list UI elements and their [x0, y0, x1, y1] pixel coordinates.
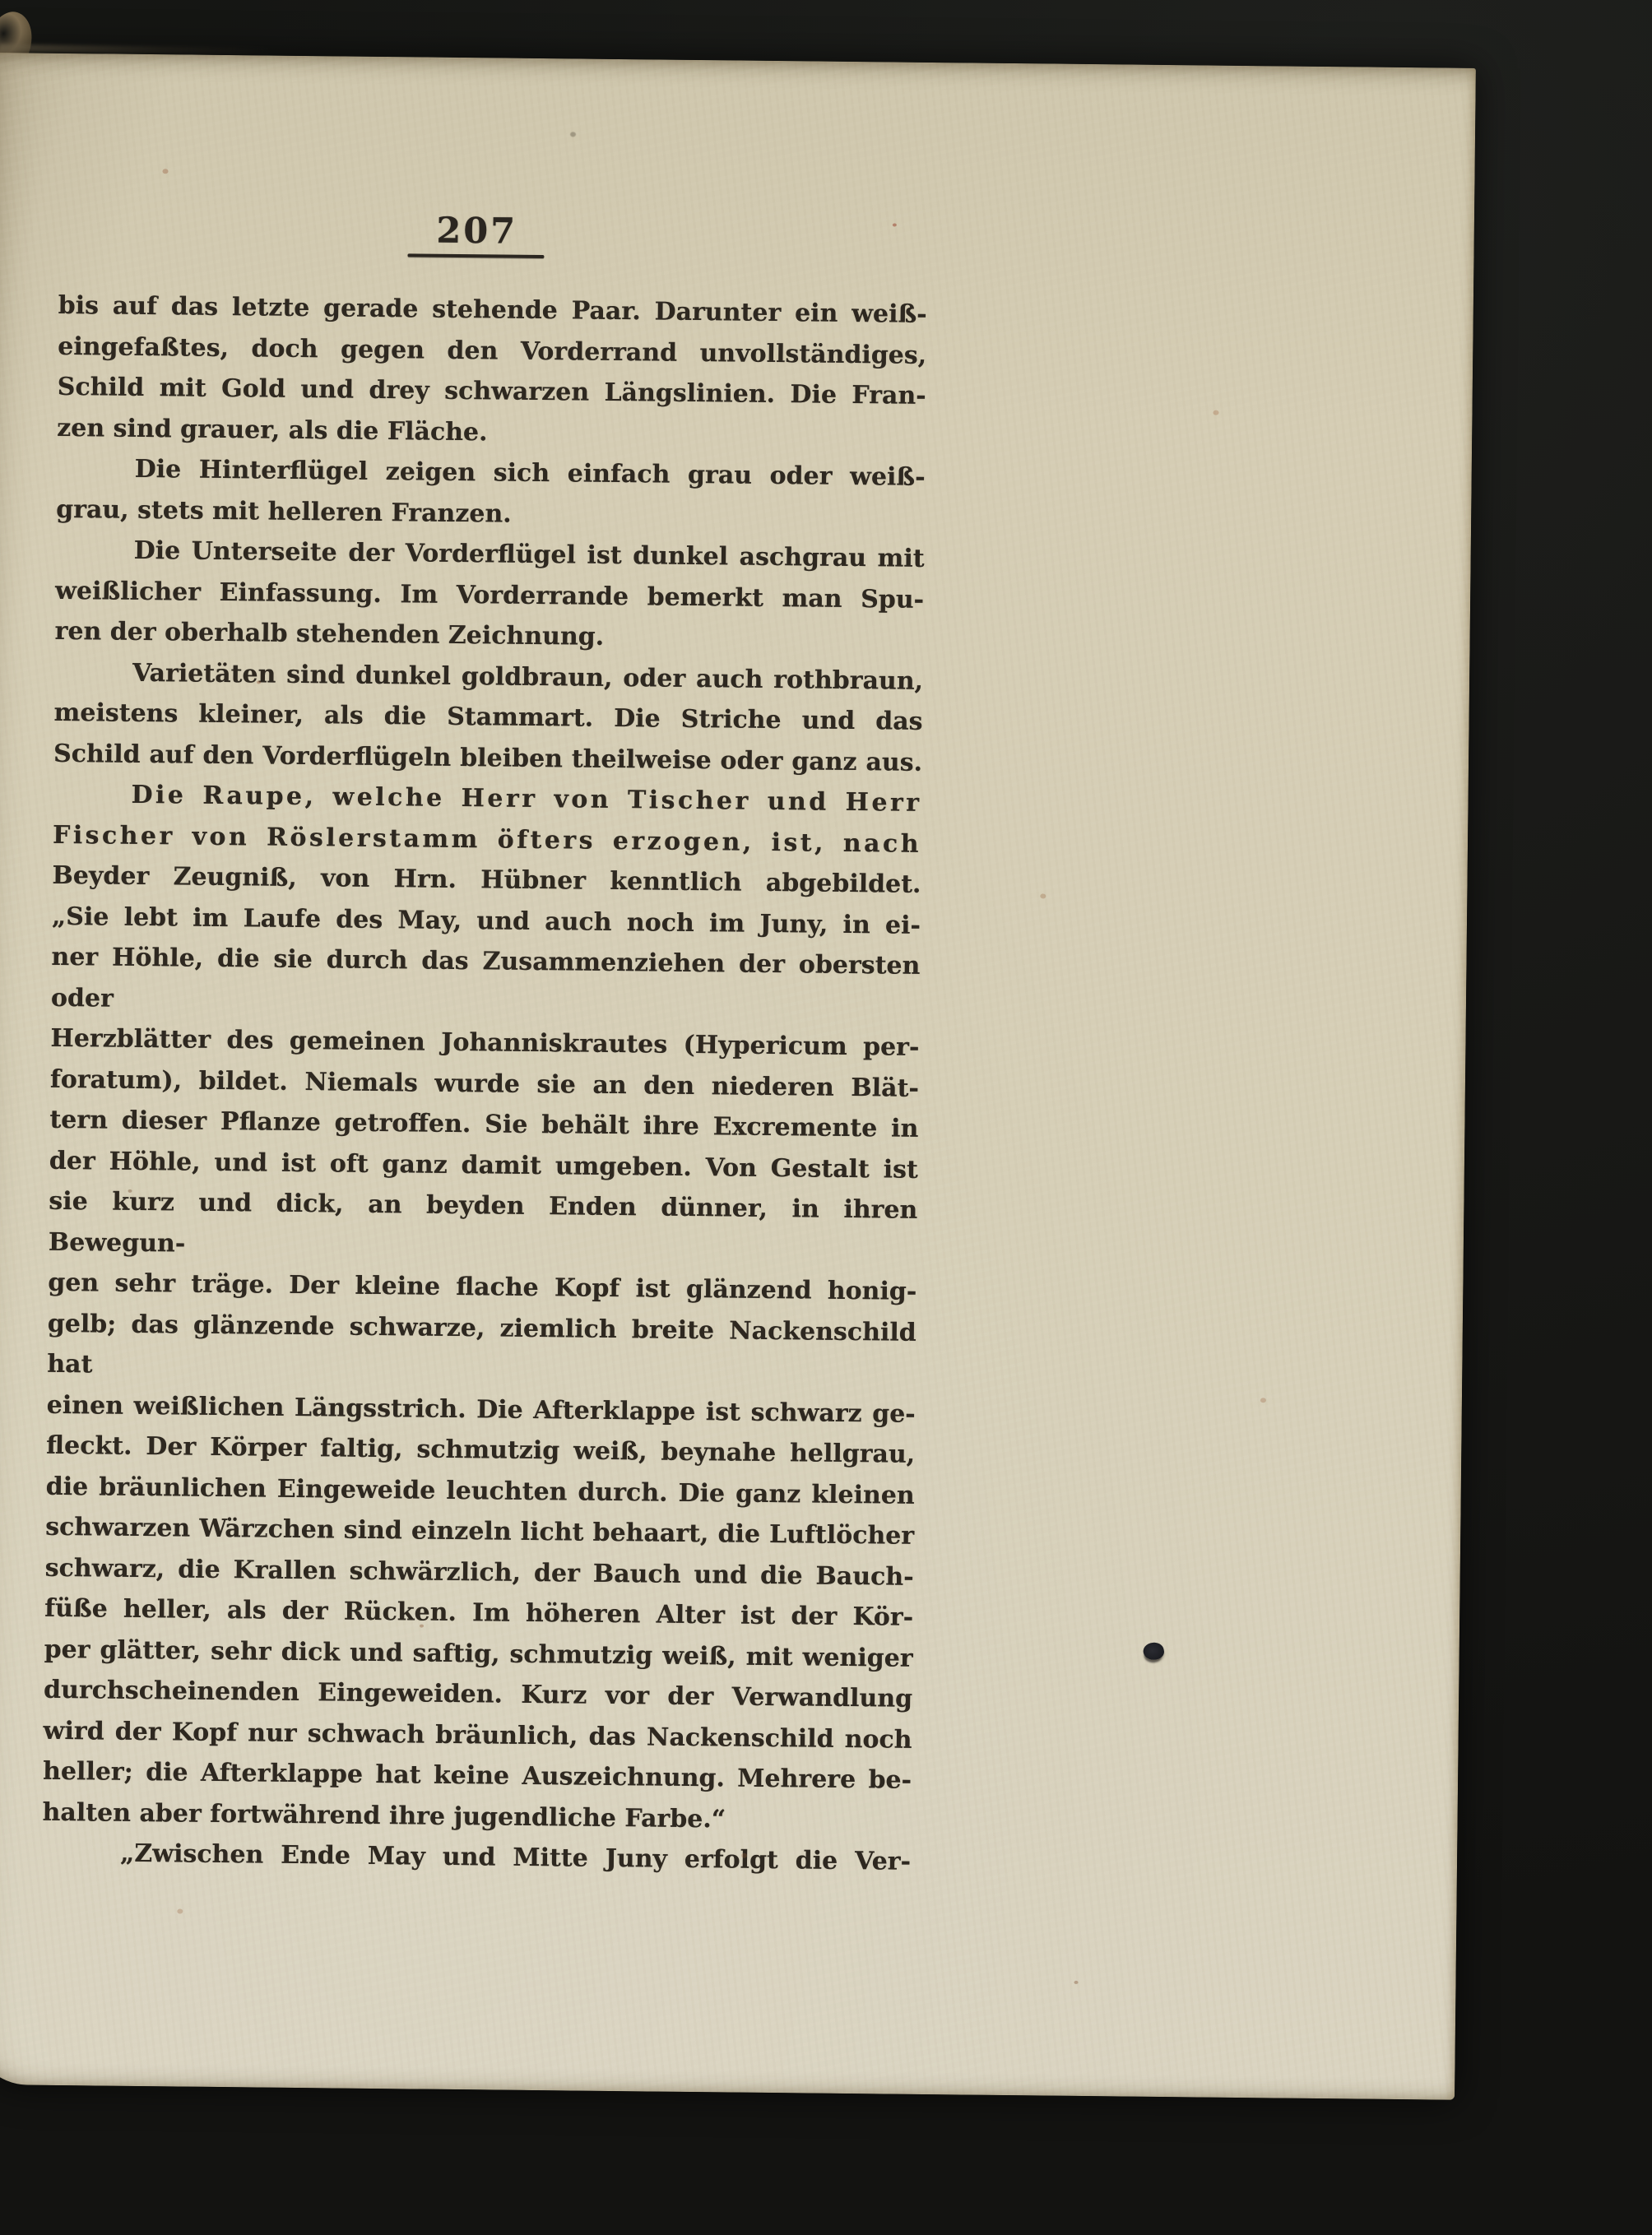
text-block: bis auf das letzte gerade stehende Paar.… — [42, 285, 927, 1882]
scan-background: 207 bis auf das letzte gerade stehende P… — [0, 0, 1652, 2235]
text-line: „Zwischen Ende May und Mitte Juny erfolg… — [42, 1833, 911, 1883]
text-line: sie kurz und dick, an beyden Enden dünne… — [49, 1181, 918, 1272]
book-page: 207 bis auf das letzte gerade stehende P… — [0, 53, 1476, 2100]
page-number-rule — [407, 253, 544, 258]
text-line: ner Höhle, die sie durch das Zusammenzie… — [51, 937, 921, 1027]
page-number: 207 — [346, 210, 610, 253]
ink-spot — [1142, 1641, 1166, 1662]
text-line: gelb; das glänzende schwarze, ziemlich b… — [47, 1303, 916, 1393]
